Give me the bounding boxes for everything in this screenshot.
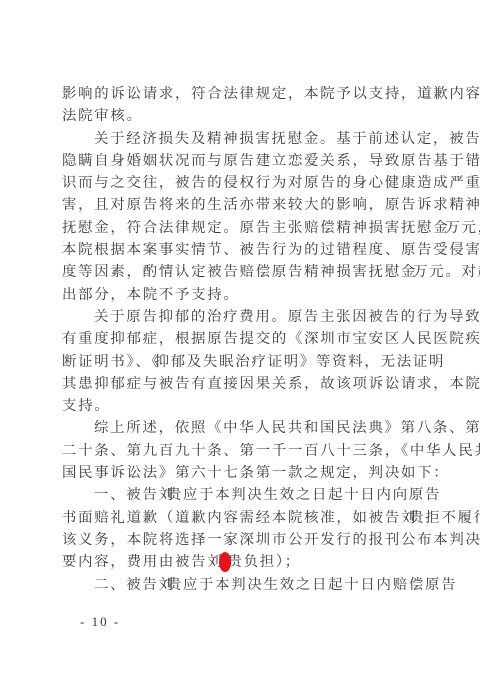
line-text: 影响的诉讼请求，符合法律规定，本院予以支持，道歉内容需经 bbox=[62, 83, 480, 105]
line-text: 万元。对超 bbox=[413, 261, 480, 283]
text-line-20: 书面赔礼道歉（道歉内容需经本院核准，如被告刘贵拒不履行 bbox=[62, 507, 420, 529]
paragraph-depression-start: 关于原告抑郁的治疗费用。原告主张因被告的行为导致其患 bbox=[62, 306, 420, 328]
text-line-1: 影响的诉讼请求，符合法律规定，本院予以支持，道歉内容需经 bbox=[62, 83, 420, 105]
line-text: 抑郁及失眠治疗证明》等资料，无法证明 bbox=[155, 351, 446, 373]
line-text: 其患抑郁症与被告有直接因果关系，故该项诉讼请求，本院不予 bbox=[62, 373, 480, 395]
line-text: 国民事诉讼法》第六十七条第一款之规定，判决如下： bbox=[62, 462, 449, 484]
line-text: 本院根据本案事实情节、被告行为的过错程度、原告受侵害的程 bbox=[62, 239, 480, 261]
line-text: 抚慰金，符合法律规定。原告主张赔偿精神损害抚慰金 bbox=[62, 217, 449, 239]
line-text: 害，且对原告将来的生活亦带来较大的影响，原告诉求精神损害 bbox=[62, 194, 480, 216]
line-text: 识而与之交往，被告的侵权行为对原告的身心健康造成严重伤 bbox=[62, 172, 480, 194]
line-text: 贵应于本判决生效之日起十日内赔偿原告 bbox=[167, 574, 458, 596]
text-line-21: 该义务，本院将选择一家深圳市公开发行的报刊公布本判决的主 bbox=[62, 529, 420, 551]
line-text: 隐瞒自身婚姻状况而与原告建立恋爱关系，导致原告基于错误认 bbox=[62, 150, 480, 172]
text-line-13: 断证明书》、《抑郁及失眠治疗证明》等资料，无法证明 bbox=[62, 351, 420, 373]
line-text: 二十条、第九百九十条、第一千一百八十三条，《中华人民共和 bbox=[62, 440, 480, 462]
line-text: 有重度抑郁症，根据原告提交的《深圳市宝安区人民医院疾病诊 bbox=[62, 328, 480, 350]
paragraph-conclusion-start: 综上所述，依照《中华人民共和国民法典》第八条、第一百 bbox=[62, 417, 420, 439]
text-line-17: 二十条、第九百九十条、第一千一百八十三条，《中华人民共和 bbox=[62, 440, 420, 462]
text-line-5: 识而与之交往，被告的侵权行为对原告的身心健康造成严重伤 bbox=[62, 172, 420, 194]
line-text: 综上所述，依照《中华人民共和国民法典》第八条、第一百 bbox=[94, 417, 480, 439]
text-line-12: 有重度抑郁症，根据原告提交的《深圳市宝安区人民医院疾病诊 bbox=[62, 328, 420, 350]
text-line-9: 度等因素，酌情认定被告赔偿原告精神损害抚慰金万元。对超 bbox=[62, 261, 420, 283]
line-text: 一、被告刘 bbox=[94, 484, 175, 506]
text-line-8: 本院根据本案事实情节、被告行为的过错程度、原告受侵害的程 bbox=[62, 239, 420, 261]
line-text: 出部分，本院不予支持。 bbox=[62, 284, 240, 306]
line-text: 关于原告抑郁的治疗费用。原告主张因被告的行为导致其患 bbox=[94, 306, 480, 328]
text-line-4: 隐瞒自身婚姻状况而与原告建立恋爱关系，导致原告基于错误认 bbox=[62, 150, 420, 172]
judgment-item-2: 二、被告刘贵应于本判决生效之日起十日内赔偿原告 bbox=[62, 574, 420, 596]
line-text: 断证明书》、《 bbox=[62, 351, 161, 373]
judgment-body: 影响的诉讼请求，符合法律规定，本院予以支持，道歉内容需经 法院审核。 关于经济损… bbox=[62, 83, 420, 596]
line-text: 法院审核。 bbox=[62, 105, 143, 127]
line-text: 贵拒不履行 bbox=[409, 507, 480, 529]
text-line-7: 抚慰金，符合法律规定。原告主张赔偿精神损害抚慰金万元， bbox=[62, 217, 420, 239]
text-line-2: 法院审核。 bbox=[62, 105, 420, 127]
line-text: 关于经济损失及精神损害抚慰金。基于前述认定，被告恶意 bbox=[94, 128, 480, 150]
document-page: 影响的诉讼请求，符合法律规定，本院予以支持，道歉内容需经 法院审核。 关于经济损… bbox=[0, 0, 480, 679]
line-text: 支持。 bbox=[62, 395, 110, 417]
text-line-15: 支持。 bbox=[62, 395, 420, 417]
text-line-14: 其患抑郁症与被告有直接因果关系，故该项诉讼请求，本院不予 bbox=[62, 373, 420, 395]
paragraph-economic-loss-start: 关于经济损失及精神损害抚慰金。基于前述认定，被告恶意 bbox=[62, 128, 420, 150]
text-line-22: 要内容，费用由被告刘贵负担）； bbox=[62, 551, 420, 573]
text-line-18: 国民事诉讼法》第六十七条第一款之规定，判决如下： bbox=[62, 462, 420, 484]
line-text: 万元， bbox=[445, 217, 480, 239]
line-text: 贵负担）； bbox=[227, 551, 301, 573]
line-text: 贵应于本判决生效之日起十日内向原告 bbox=[167, 484, 441, 506]
text-line-6: 害，且对原告将来的生活亦带来较大的影响，原告诉求精神损害 bbox=[62, 194, 420, 216]
line-text: 该义务，本院将选择一家深圳市公开发行的报刊公布本判决的主 bbox=[62, 529, 480, 551]
judgment-item-1: 一、被告刘贵应于本判决生效之日起十日内向原告 bbox=[62, 484, 420, 506]
text-line-10: 出部分，本院不予支持。 bbox=[62, 284, 420, 306]
line-text: 书面赔礼道歉（道歉内容需经本院核准，如被告刘 bbox=[62, 507, 417, 529]
line-text: 度等因素，酌情认定被告赔偿原告精神损害抚慰金 bbox=[62, 261, 417, 283]
line-text: 要内容，费用由被告刘 bbox=[62, 551, 223, 573]
line-text: 二、被告刘 bbox=[94, 574, 175, 596]
page-number: - 10 - bbox=[80, 614, 120, 630]
